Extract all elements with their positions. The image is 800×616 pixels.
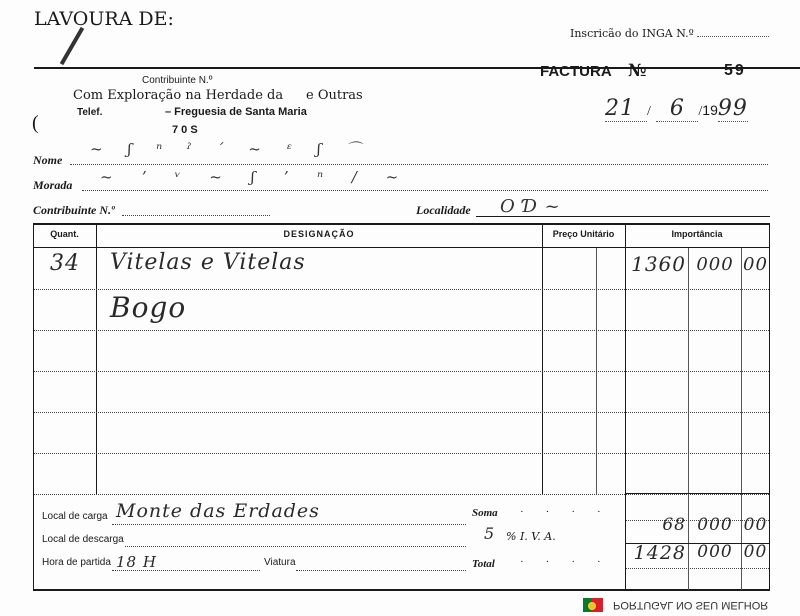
- row-designacao[interactable]: Bogo: [110, 291, 186, 324]
- portugal-flag-icon: [583, 598, 603, 612]
- local-carga-value[interactable]: Monte das Erdades: [116, 500, 320, 522]
- table-bottom-border: [33, 589, 770, 591]
- row-importancia-cents[interactable]: 00: [742, 254, 769, 275]
- date-day[interactable]: 21: [605, 96, 647, 122]
- localidade-handwriting: O Ɗ ~: [500, 196, 561, 217]
- total-value-int: 1428: [626, 542, 686, 564]
- contribuinte-label: Contribuinte N.º: [33, 203, 115, 218]
- row-designacao[interactable]: Vitelas e Vitelas: [110, 250, 306, 275]
- table-left-border: [33, 223, 34, 590]
- row-preco-unitario[interactable]: [543, 371, 595, 412]
- factura-number: 59: [724, 62, 746, 80]
- row-rule: [34, 494, 769, 495]
- row-preco-unitario[interactable]: [543, 330, 595, 371]
- header-preco-unitario: Preço Unitário: [542, 229, 625, 239]
- row-rule: [34, 371, 769, 372]
- table-top-border: [33, 223, 770, 225]
- local-descarga-field[interactable]: [125, 546, 466, 547]
- contribuinte-heading: Contribuinte N.º: [142, 75, 212, 86]
- localidade-label: Localidade: [416, 203, 471, 218]
- header-quant: Quant.: [33, 229, 96, 239]
- total-value-cents: 00: [742, 542, 769, 562]
- iva-value-int: 68: [626, 515, 686, 535]
- telef-label: Telef.: [77, 107, 102, 118]
- nome-field[interactable]: [70, 164, 768, 165]
- header-rule: [34, 67, 800, 69]
- morada-field[interactable]: [82, 190, 768, 191]
- client-handwriting-scribble: ~ ʃ ⁿ ˀ ˊ ~ ᵋ ʃ ⌒: [90, 138, 371, 159]
- row-rule: [34, 412, 769, 413]
- outras-text: e Outras: [306, 88, 363, 103]
- row-quant[interactable]: 34: [36, 251, 94, 276]
- row-importancia-int[interactable]: 1360: [626, 252, 686, 276]
- total-label: Total: [472, 558, 495, 570]
- iva-value-cents: 00: [742, 515, 769, 535]
- date-year-suffix[interactable]: 99: [718, 96, 748, 122]
- total-value-mid: 000: [689, 542, 741, 562]
- row-preco-unitario[interactable]: [543, 248, 595, 289]
- local-carga-label: Local de carga: [42, 511, 108, 522]
- pen-stroke-mark: [60, 27, 84, 65]
- hora-partida-value[interactable]: 18 H: [116, 553, 157, 571]
- viatura-field[interactable]: [296, 570, 466, 571]
- invoice-date: 21/ 6/1999: [605, 95, 748, 122]
- col-divider-imp-2: [741, 248, 742, 590]
- lavoura-label: LAVOURA DE:: [34, 8, 174, 30]
- hora-partida-field: [112, 570, 260, 571]
- morada-label: Morada: [33, 178, 72, 193]
- table-header-border: [33, 247, 770, 248]
- iva-label: % I. V. A.: [506, 530, 556, 543]
- watermark: PORTUGAL NO SEU MELHOR: [583, 596, 768, 614]
- row-preco-unitario[interactable]: [543, 289, 595, 330]
- local-carga-field: [112, 524, 466, 525]
- exploracao-text: Com Exploração na Herdade da: [73, 88, 283, 103]
- row-rule: [34, 289, 769, 290]
- freguesia-text: – Freguesia de Santa Maria: [165, 106, 307, 118]
- row-rule: [34, 330, 769, 331]
- total-leader-dots: ····: [520, 556, 623, 568]
- header-designacao: DESIGNAÇÃO: [96, 229, 542, 239]
- postal-code: 7 0 S: [172, 124, 198, 136]
- soma-top-rule: [626, 493, 769, 494]
- morada-handwriting-scribble: ~ ʼ ᵛ ~ ʃ ʼ ⁿ / ~: [100, 168, 410, 186]
- inga-label-text: Inscricão do INGA N.º: [570, 27, 694, 40]
- factura-label: FACTURA: [540, 63, 612, 80]
- total-rule: [626, 568, 769, 569]
- soma-leader-dots: ····: [520, 506, 623, 518]
- viatura-label: Viatura: [264, 557, 296, 568]
- local-descarga-label: Local de descarga: [42, 534, 124, 545]
- hora-partida-label: Hora de partida: [42, 557, 111, 568]
- row-importancia-mid[interactable]: 000: [689, 254, 741, 275]
- col-divider-imp-1: [688, 248, 689, 590]
- table-right-border: [769, 223, 770, 590]
- contribuinte-field[interactable]: [122, 215, 270, 216]
- soma-label: Soma: [472, 507, 498, 519]
- iva-value-mid: 000: [689, 515, 741, 535]
- iva-rate[interactable]: 5: [484, 524, 495, 543]
- inga-field[interactable]: [697, 36, 769, 37]
- date-month[interactable]: 6: [656, 96, 698, 122]
- header-importancia: Importância: [625, 229, 769, 239]
- watermark-text: PORTUGAL NO SEU MELHOR: [613, 599, 768, 611]
- date-year-prefix: 19: [702, 102, 718, 118]
- numero-symbol: №: [628, 61, 646, 81]
- row-rule: [34, 453, 769, 454]
- inga-label: Inscricão do INGA N.º: [570, 27, 769, 40]
- row-preco-unitario[interactable]: [543, 412, 595, 453]
- nome-label: Nome: [33, 153, 62, 168]
- row-preco-unitario[interactable]: [543, 453, 595, 494]
- bracket-mark: (: [32, 112, 39, 135]
